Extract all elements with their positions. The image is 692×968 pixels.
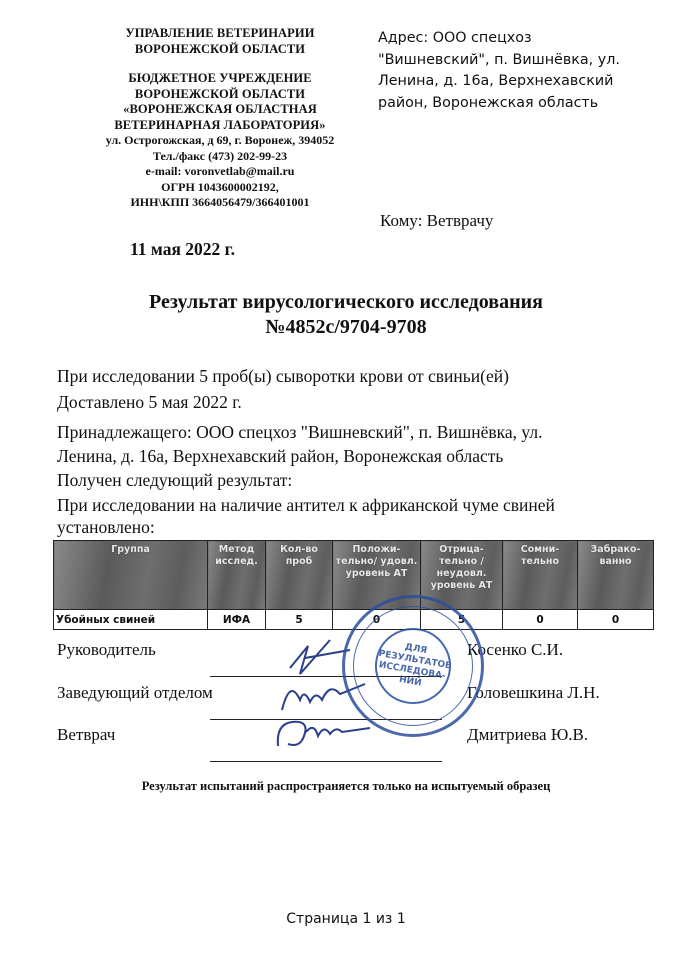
statement-line: При исследовании на наличие антител к аф… [57, 494, 657, 516]
signature-line [210, 761, 442, 762]
organization-header: УПРАВЛЕНИЕ ВЕТЕРИНАРИИ ВОРОНЕЖСКОЙ ОБЛАС… [80, 26, 360, 211]
header-doubtful: Сомни-тельно [503, 541, 578, 610]
delivery-date: Доставлено 5 мая 2022 г. [57, 390, 657, 414]
document-title: Результат вирусологического исследования… [0, 290, 692, 340]
org-inn-kpp: ИНН\КПП 3664056479/366401001 [80, 195, 360, 211]
header-sample-count: Кол-во проб [266, 541, 333, 610]
org-ogrn: ОГРН 1043600002192, [80, 180, 360, 196]
cell-method: ИФА [208, 610, 266, 630]
cell-group: Убойных свиней [54, 610, 208, 630]
header-group: Группа [54, 541, 208, 610]
page-number: Страница 1 из 1 [0, 911, 692, 927]
address-line: Адрес: ООО спецхоз [378, 28, 668, 50]
results-table: Группа Метод исслед. Кол-во проб Положи-… [53, 540, 653, 630]
disclaimer-note: Результат испытаний распространяется тол… [0, 779, 692, 794]
header-method: Метод исслед. [208, 541, 266, 610]
cell-sample-count: 5 [266, 610, 333, 630]
signature-name: Дмитриева Ю.В. [467, 725, 588, 745]
signature-role: Ветврач [57, 725, 115, 745]
table-header-row: Группа Метод исслед. Кол-во проб Положи-… [54, 541, 654, 610]
org-address: ул. Острогожская, д 69, г. Воронеж, 3940… [80, 133, 360, 149]
owner-line: Ленина, д. 16а, Верхнехавский район, Вор… [57, 444, 657, 468]
org-line: БЮДЖЕТНОЕ УЧРЕЖДЕНИЕ [80, 71, 360, 87]
owner-info: Принадлежащего: ООО спецхоз "Вишневский"… [57, 420, 657, 468]
org-line: ВОРОНЕЖСКОЙ ОБЛАСТИ [80, 87, 360, 103]
header-rejected: Забрако-ванно [578, 541, 654, 610]
address-line: Ленина, д. 16а, Верхнехавский [378, 71, 668, 93]
org-line: «ВОРОНЕЖСКАЯ ОБЛАСТНАЯ [80, 102, 360, 118]
cell-rejected: 0 [578, 610, 654, 630]
recipient-label: Кому: Ветврачу [380, 211, 493, 231]
org-email: e-mail: voronvetlab@mail.ru [80, 164, 360, 180]
address-line: "Вишневский", п. Вишнёвка, ул. [378, 50, 668, 72]
statement-line: установлено: [57, 516, 657, 538]
org-line: УПРАВЛЕНИЕ ВЕТЕРИНАРИИ [80, 26, 360, 42]
result-statement: При исследовании на наличие антител к аф… [57, 494, 657, 538]
document-number: №4852с/9704-9708 [0, 315, 692, 340]
address-line: район, Воронежская область [378, 93, 668, 115]
samples-info: При исследовании 5 проб(ы) сыворотки кро… [57, 364, 657, 388]
document-date: 11 мая 2022 г. [130, 239, 235, 260]
org-line: ВОРОНЕЖСКОЙ ОБЛАСТИ [80, 42, 360, 58]
official-stamp: ДЛЯ РЕЗУЛЬТАТОВ ИССЛЕДОВА- НИЙ [342, 595, 484, 737]
recipient-address: Адрес: ООО спецхоз "Вишневский", п. Вишн… [378, 28, 668, 114]
signature-name: Головешкина Л.Н. [467, 683, 600, 703]
org-phone: Тел./факс (473) 202-99-23 [80, 149, 360, 165]
signature-role: Заведующий отделом [57, 683, 213, 703]
cell-doubtful: 0 [503, 610, 578, 630]
title-line: Результат вирусологического исследования [0, 290, 692, 315]
owner-line: Принадлежащего: ООО спецхоз "Вишневский"… [57, 420, 657, 444]
signature-role: Руководитель [57, 640, 156, 660]
org-line: ВЕТЕРИНАРНАЯ ЛАБОРАТОРИЯ» [80, 118, 360, 134]
result-intro: Получен следующий результат: [57, 468, 657, 492]
